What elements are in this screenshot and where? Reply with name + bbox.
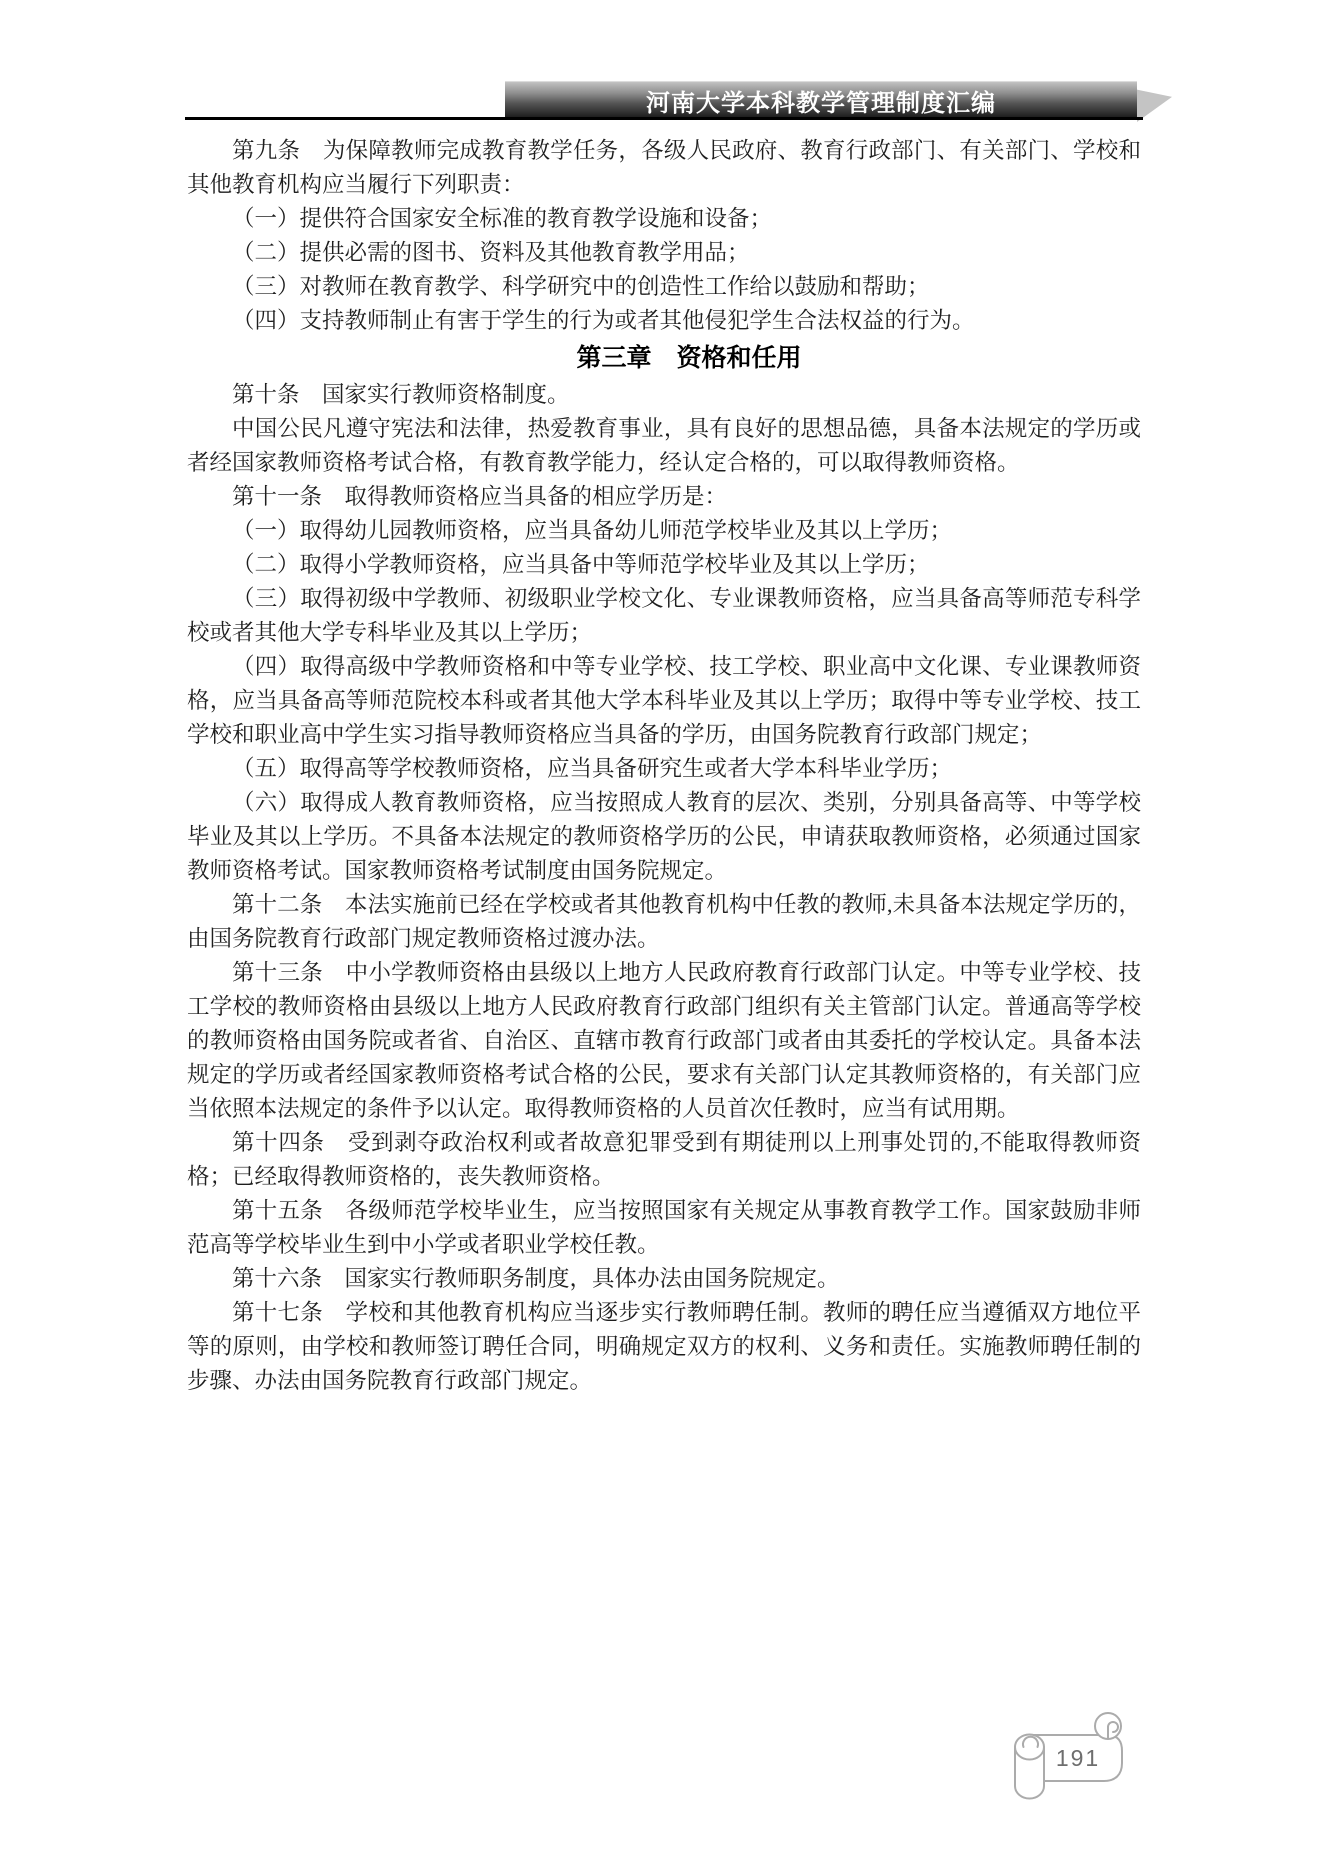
paragraph-article-12: 第十二条 本法实施前已经在学校或者其他教育机构中任教的教师,未具备本法规定学历的… bbox=[187, 888, 1141, 956]
page-number-scroll-icon: 191 bbox=[1006, 1710, 1132, 1808]
page-number: 191 bbox=[1056, 1745, 1100, 1771]
paragraph-article-16: 第十六条 国家实行教师职务制度，具体办法由国务院规定。 bbox=[187, 1262, 1141, 1296]
paragraph-item-3: （三）取得初级中学教师、初级职业学校文化、专业课教师资格，应当具备高等师范专科学… bbox=[187, 582, 1141, 650]
paragraph-item-1: （一）提供符合国家安全标准的教育教学设施和设备； bbox=[187, 202, 1141, 236]
header-title: 河南大学本科教学管理制度汇编 bbox=[646, 83, 996, 118]
paragraph-item-1: （一）取得幼儿园教师资格，应当具备幼儿师范学校毕业及其以上学历； bbox=[187, 514, 1141, 548]
paragraph-article-10-body: 中国公民凡遵守宪法和法律，热爱教育事业，具有良好的思想品德，具备本法规定的学历或… bbox=[187, 412, 1141, 480]
paragraph-item-5: （五）取得高等学校教师资格，应当具备研究生或者大学本科毕业学历； bbox=[187, 752, 1141, 786]
paragraph-article-10: 第十条 国家实行教师资格制度。 bbox=[187, 378, 1141, 412]
paragraph-item-2: （二）提供必需的图书、资料及其他教育教学用品； bbox=[187, 236, 1141, 270]
header-banner: 河南大学本科教学管理制度汇编 bbox=[505, 81, 1137, 119]
paragraph-article-11: 第十一条 取得教师资格应当具备的相应学历是： bbox=[187, 480, 1141, 514]
paragraph-item-4: （四）取得高级中学教师资格和中等专业学校、技工学校、职业高中文化课、专业课教师资… bbox=[187, 650, 1141, 752]
document-body: 第九条 为保障教师完成教育教学任务，各级人民政府、教育行政部门、有关部门、学校和… bbox=[187, 134, 1141, 1398]
paragraph-item-2: （二）取得小学教师资格，应当具备中等师范学校毕业及其以上学历； bbox=[187, 548, 1141, 582]
paragraph-article-9: 第九条 为保障教师完成教育教学任务，各级人民政府、教育行政部门、有关部门、学校和… bbox=[187, 134, 1141, 202]
paragraph-article-17: 第十七条 学校和其他教育机构应当逐步实行教师聘任制。教师的聘任应当遵循双方地位平… bbox=[187, 1296, 1141, 1398]
paragraph-item-3: （三）对教师在教育教学、科学研究中的创造性工作给以鼓励和帮助； bbox=[187, 270, 1141, 304]
paragraph-article-13: 第十三条 中小学教师资格由县级以上地方人民政府教育行政部门认定。中等专业学校、技… bbox=[187, 956, 1141, 1126]
paragraph-article-15: 第十五条 各级师范学校毕业生，应当按照国家有关规定从事教育教学工作。国家鼓励非师… bbox=[187, 1194, 1141, 1262]
paragraph-item-4: （四）支持教师制止有害于学生的行为或者其他侵犯学生合法权益的行为。 bbox=[187, 304, 1141, 338]
chapter-heading: 第三章 资格和任用 bbox=[187, 338, 1141, 378]
document-page: 河南大学本科教学管理制度汇编 第九条 为保障教师完成教育教学任务，各级人民政府、… bbox=[0, 0, 1323, 1871]
paragraph-item-6: （六）取得成人教育教师资格，应当按照成人教育的层次、类别，分别具备高等、中等学校… bbox=[187, 786, 1141, 888]
header-rule bbox=[185, 117, 1143, 120]
paragraph-article-14: 第十四条 受到剥夺政治权利或者故意犯罪受到有期徒刑以上刑事处罚的,不能取得教师资… bbox=[187, 1126, 1141, 1194]
